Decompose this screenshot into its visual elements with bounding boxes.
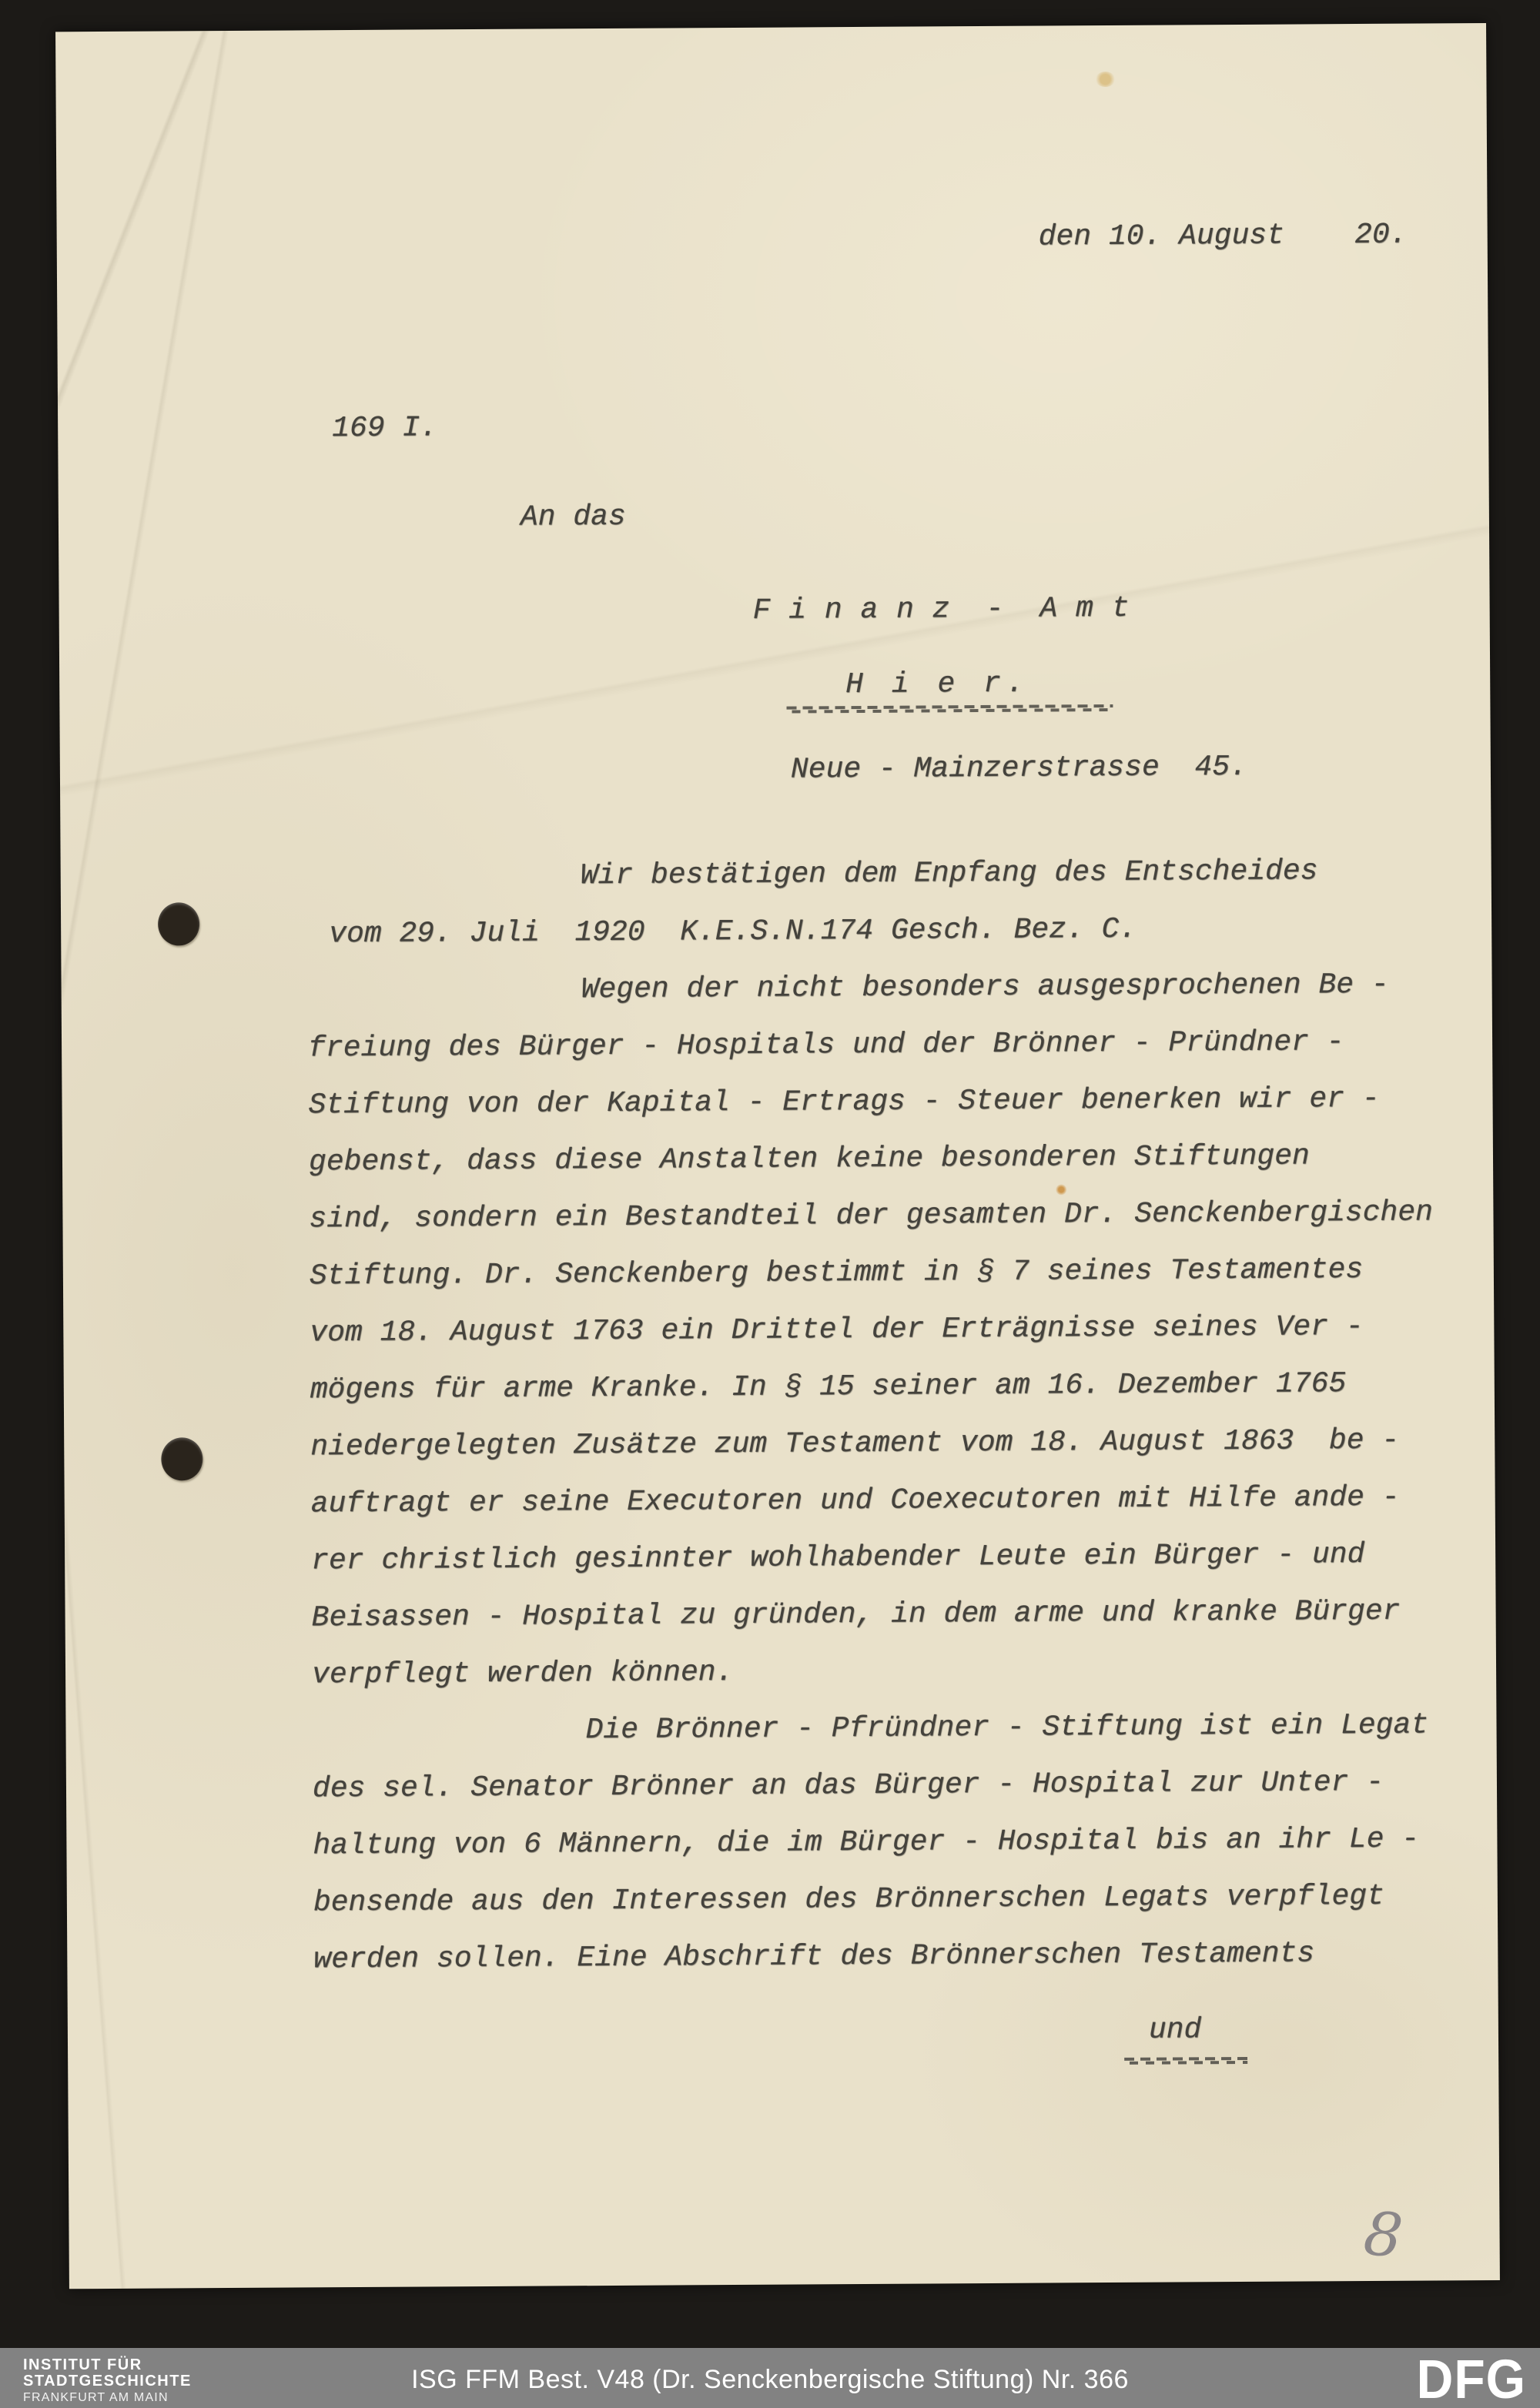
- body-line: vom 18. August 1763 ein Drittel der Ertr…: [310, 1309, 1363, 1351]
- salutation: An das: [521, 500, 626, 536]
- body-line: Stiftung. Dr. Senckenberg bestimmt in § …: [310, 1252, 1363, 1294]
- body-line: Stiftung von der Kapital - Ertrags - Ste…: [308, 1082, 1379, 1123]
- body-line: des sel. Senator Brönner an das Bürger -…: [313, 1765, 1384, 1807]
- body-line: bensende aus den Interessen des Brönners…: [313, 1879, 1384, 1921]
- body-line: Wegen der nicht besonders ausgesprochene…: [581, 968, 1389, 1008]
- punch-hole-top: [158, 902, 199, 945]
- body-line: gebenst, dass diese Anstalten keine beso…: [309, 1139, 1310, 1180]
- body-line: auftragt er seine Executoren und Coexecu…: [311, 1480, 1400, 1523]
- paper-stain: [1095, 72, 1115, 87]
- pencil-page-number: 8: [1361, 2199, 1405, 2272]
- recipient-city: H i e r.: [845, 667, 1029, 703]
- letter-page: den 10. August 20. 169 I. An das F i n a…: [55, 23, 1500, 2289]
- recipient-name: F i n a n z - A m t: [753, 591, 1130, 629]
- recipient-address: Neue - Mainzerstrasse 45.: [791, 750, 1247, 788]
- body-line: werden sollen. Eine Abschrift des Brönne…: [313, 1936, 1314, 1978]
- body-line: freiung des Bürger - Hospitals und der B…: [308, 1025, 1344, 1066]
- letter-date: den 10. August 20.: [1039, 218, 1408, 256]
- body-line: verpflegt werden können.: [312, 1655, 734, 1693]
- body-line: Beisassen - Hospital zu gründen, in dem …: [311, 1594, 1400, 1637]
- body-line: sind, sondern ein Bestandteil der gesamt…: [309, 1195, 1433, 1237]
- paper-stain: [1056, 1184, 1066, 1195]
- punch-hole-bottom: [161, 1437, 203, 1480]
- footer-bar: INSTITUT FÜR STADTGESCHICHTE FRANKFURT A…: [0, 2348, 1540, 2408]
- recipient-underline: [786, 704, 1113, 714]
- file-number: 169 I.: [332, 410, 437, 446]
- body-line: niedergelegten Zusätze zum Testament vom…: [310, 1423, 1399, 1466]
- archive-reference: ISG FFM Best. V48 (Dr. Senckenbergische …: [0, 2365, 1540, 2395]
- catchword-underline: [1124, 2057, 1247, 2065]
- body-line: haltung von 6 Männern, die im Bürger - H…: [313, 1822, 1419, 1865]
- body-line: Die Brönner - Pfründner - Stiftung ist e…: [585, 1707, 1428, 1748]
- body-line: rer christlich gesinnter wohlhabender Le…: [311, 1537, 1364, 1579]
- body-line: vom 29. Juli 1920 K.E.S.N.174 Gesch. Bez…: [329, 912, 1137, 952]
- catchword: und: [1149, 2012, 1202, 2048]
- body-line: Wir bestätigen dem Enpfang des Entscheid…: [581, 854, 1318, 894]
- body-line: mögens für arme Kranke. In § 15 seiner a…: [310, 1366, 1347, 1408]
- dfg-logo: DFG: [1417, 2347, 1526, 2408]
